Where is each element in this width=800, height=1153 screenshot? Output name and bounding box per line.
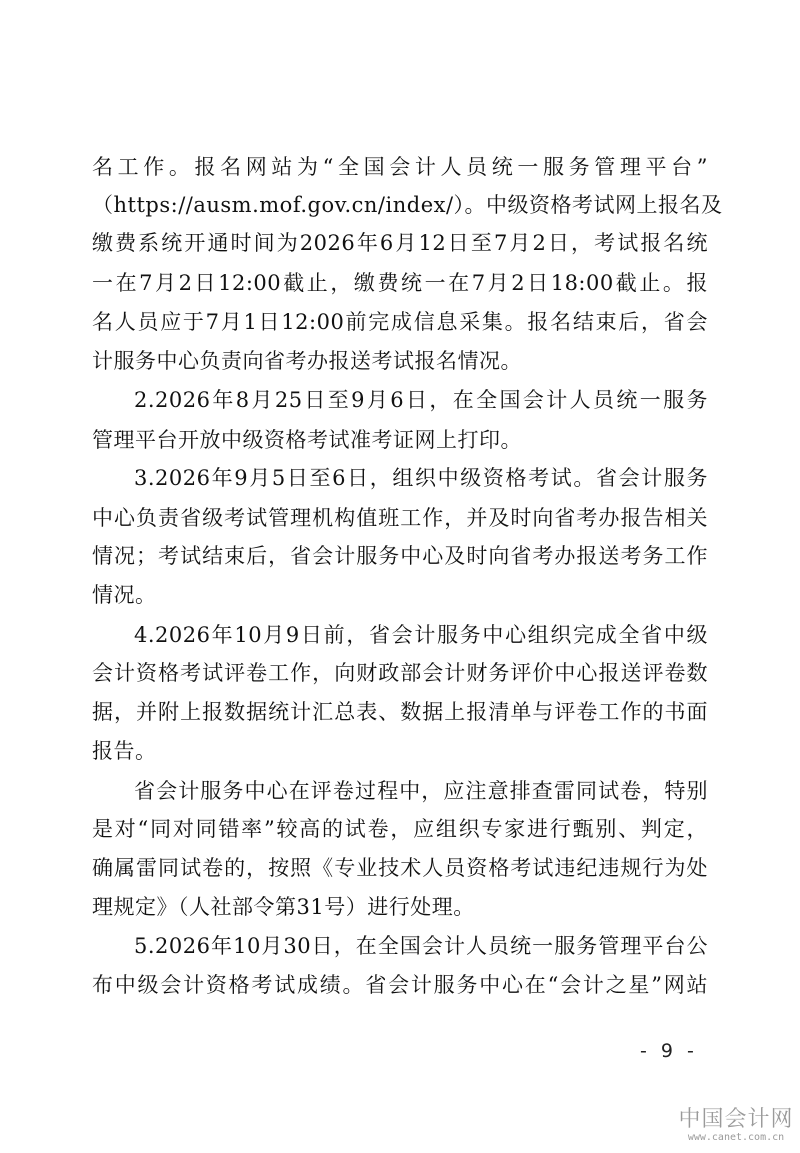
- document-line: 3.2026年9月5日至6日，组织中级资格考试。省会计服务: [134, 463, 708, 493]
- watermark-site-name: 中国会计网: [676, 1108, 796, 1132]
- document-line: 情况；考试结束后，省会计服务中心及时向省考办报送考务工作: [92, 541, 708, 571]
- document-line: （https://ausm.mof.gov.cn/index/）。中级资格考试网…: [92, 190, 708, 220]
- document-line: 2.2026年8月25日至9月6日，在全国会计人员统一服务: [134, 385, 708, 415]
- watermark-url: www.canet.com.cn: [676, 1132, 796, 1144]
- document-line: 名工作。报名网站为“全国会计人员统一服务管理平台”: [92, 152, 708, 182]
- document-line: 5.2026年10月30日，在全国会计人员统一服务管理平台公: [134, 931, 708, 961]
- document-line: 管理平台开放中级资格考试准考证网上打印。: [92, 425, 708, 455]
- document-line: 缴费系统开通时间为2026年6月12日至7月2日，考试报名统: [92, 228, 708, 258]
- page-number: - 9 -: [640, 1040, 698, 1062]
- document-line: 一在7月2日12:00截止，缴费统一在7月2日18:00截止。报: [92, 268, 708, 298]
- document-line: 确属雷同试卷的，按照《专业技术人员资格考试违纪违规行为处: [92, 853, 708, 883]
- document-line: 是对“同对同错率”较高的试卷，应组织专家进行甄别、判定，: [92, 814, 708, 844]
- document-line: 名人员应于7月1日12:00前完成信息采集。报名结束后，省会: [92, 307, 708, 337]
- document-line: 会计资格考试评卷工作，向财政部会计财务评价中心报送评卷数: [92, 658, 708, 688]
- document-line: 4.2026年10月9日前，省会计服务中心组织完成全省中级: [134, 620, 708, 650]
- watermark-logo: 中国会计网 www.canet.com.cn: [676, 1108, 796, 1144]
- document-line: 报告。: [92, 736, 708, 766]
- document-line: 情况。: [92, 580, 708, 610]
- document-line: 中心负责省级考试管理机构值班工作，并及时向省考办报告相关: [92, 503, 708, 533]
- document-line: 理规定》（人社部令第31号）进行处理。: [92, 892, 708, 922]
- document-page: 名工作。报名网站为“全国会计人员统一服务管理平台”（https://ausm.m…: [0, 0, 800, 1153]
- document-line: 据，并附上报数据统计汇总表、数据上报清单与评卷工作的书面: [92, 697, 708, 727]
- document-line: 布中级会计资格考试成绩。省会计服务中心在“会计之星”网站: [92, 970, 708, 1000]
- document-line: 计服务中心负责向省考办报送考试报名情况。: [92, 346, 708, 376]
- document-line: 省会计服务中心在评卷过程中，应注意排查雷同试卷，特别: [134, 776, 708, 806]
